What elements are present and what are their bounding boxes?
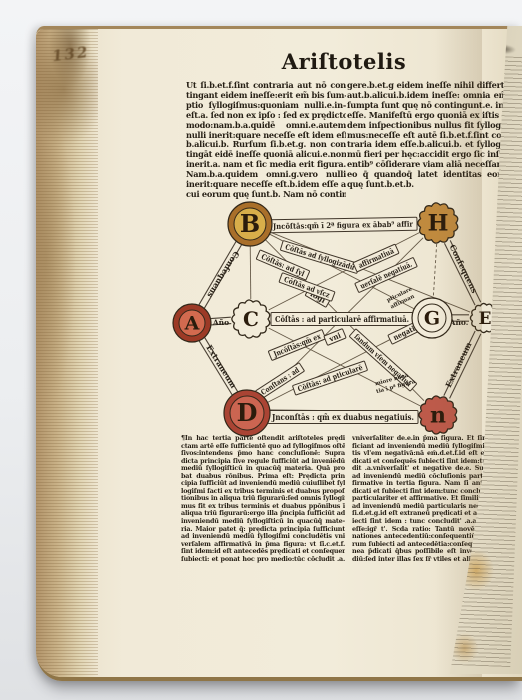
- photograph-background: 132 Ariſtotelis Ut ſi.b.et.f.ſint contra…: [0, 0, 522, 700]
- text-line: mū fieri per hęc:accidit ergo ſic inſpic…: [347, 150, 507, 160]
- svg-text:affirmatiuā: affirmatiuā: [357, 246, 396, 270]
- node-letter-C: C: [243, 307, 259, 331]
- text-line: Ut ſi.b.et.f.ſint contraria aut nō con: [186, 81, 346, 91]
- text-line: ctam artē eſſe ſufficientē quo ad ſyllog…: [181, 443, 345, 451]
- text-line: ſubiecti: et ponat hoc pro medio:tūc cōc…: [181, 556, 345, 564]
- running-title: Ariſtotelis: [274, 49, 414, 74]
- text-line: traria idem eſſe.b.alicui.b. et ſyllogiſ: [347, 140, 507, 150]
- text-line: bat duabus rōnibus. Prima eſt: Prędicta …: [181, 473, 345, 481]
- text-line: aut.b.alicui.b.idem ineſſe: omnia em̃: [347, 91, 507, 101]
- label-band: Jncōſtās:qm̃ ex: [268, 330, 326, 361]
- text-line: tingāt eidē ineſſe quoniā alicui.e.non: [186, 150, 346, 160]
- text-line: verſalem affirmativā in p̄ma figura: vt …: [181, 541, 345, 549]
- text-line: b.alicui.b. Rurſum ſi.b.et.g. non con: [186, 140, 346, 150]
- text-line: ria. Maior patet q̄: prędicta principia …: [181, 526, 345, 534]
- text-line: gere.b.et.g eidem ineſſe nihil differt:: [347, 81, 507, 91]
- bottom-left-text-column: ¶In hac tertia parte oſtendit ariſtotele…: [181, 435, 345, 563]
- text-line: ¶In hac tertia parte oſtendit ariſtotele…: [181, 435, 345, 443]
- text-line: quę ſunt.b.et.b.: [347, 180, 507, 190]
- connector-line: [250, 244, 251, 299]
- node-letter-D: D: [237, 398, 258, 427]
- label-band: Jnconſtās : qm̃ ex duabus negatiuis.: [268, 411, 418, 424]
- text-line: cipia ſufficiūt ad inveniendū mediū cuiu…: [181, 480, 345, 488]
- label-band: Cōſtās : ad particularē affirmatiuā.: [271, 313, 413, 326]
- text-line: dem inſpectionibus nullus fit ſyllogiſ: [347, 121, 507, 131]
- text-line: ſivos:intendens p̄mo hanc concluſionē: S…: [181, 450, 345, 458]
- text-line: mus:neceſſe eſt autē ſi.b.et.f.ſint con: [347, 131, 507, 141]
- open-book-page: 132 Ariſtotelis Ut ſi.b.et.f.ſint contra…: [36, 26, 522, 681]
- node-letter-B: B: [240, 209, 260, 238]
- node-C: C: [232, 300, 270, 338]
- text-line: eo q̄ quandoq̄ latet identitas eorū: [347, 170, 507, 180]
- svg-text:Cōſtās: ad pticularē: Cōſtās: ad pticularē: [296, 363, 363, 394]
- node-letter-A: A: [184, 312, 200, 334]
- text-line: modo:nam.b.a.quidē omni.e.autem: [186, 121, 346, 131]
- text-line: inerit.a. nam et ſic media erit figura.: [186, 160, 346, 170]
- text-line: ſint idem:id eſt antecedēs prędicati et …: [181, 548, 345, 556]
- node-A: A: [173, 304, 211, 342]
- text-line: ptio ſyllogiſmus:quoniam nulli.e.in-: [186, 101, 346, 111]
- text-line: inerit:quare neceſſe eſt.b.idem eſſe ali: [186, 180, 346, 190]
- node-B: B: [228, 202, 272, 246]
- top-right-text-column: gere.b.et.g eidem ineſſe nihil differt:a…: [347, 81, 507, 190]
- text-line: eſſe. Manifeſtū ergo quoniā ex iſtis q̄: [347, 111, 507, 121]
- text-line: inveniendū mediū ſyllogiſticū in quacūq̄…: [181, 518, 345, 526]
- text-line: eſt.a. ſed non ex ipſo : ſed ex prędicto: [186, 111, 346, 121]
- text-line: dicta principia ſive regule ſufficiūt ad…: [181, 458, 345, 466]
- edge-label: Año: [212, 318, 229, 327]
- node-D: D: [224, 390, 270, 436]
- text-line: ad inveniendū mediū ſyllogiſmi concludēt…: [181, 533, 345, 541]
- text-line: mus fit ex tribus terminis et duabus ppō…: [181, 503, 345, 511]
- label-band: vni: [324, 329, 346, 346]
- label-band: Cōſtās: ad pticularē: [292, 361, 367, 395]
- text-line: logiſmi facti ex tribus terminis et duab…: [181, 488, 345, 496]
- book-fore-edge: [36, 29, 98, 677]
- text-line: tionibus in aliqua triū figurarū:ſed omn…: [181, 495, 345, 503]
- text-line: nulli inerit:quare neceſſe eſt idem eſſe: [186, 131, 346, 141]
- top-left-text-column: Ut ſi.b.et.f.ſint contraria aut nō conti…: [186, 81, 346, 200]
- text-line: aliqua triū figurarū:ergo illa p̄ncipia …: [181, 510, 345, 518]
- edge-label: Conſequens: [205, 250, 242, 301]
- edge-label: Extraneum: [204, 343, 239, 390]
- text-line: Nam.b.a.quidem omni.g.vero nulli: [186, 170, 346, 180]
- svg-text:Cōſtās : ad particularē affirm: Cōſtās : ad particularē affirmatiuā.: [275, 314, 409, 324]
- text-line: entib⁹ cōſiderare viam aliā neceſſariā: [347, 160, 507, 170]
- svg-text:Jnconſtās : qm̃ ex duabus nega: Jnconſtās : qm̃ ex duabus negatiuis.: [271, 412, 414, 422]
- label-band: Jncōſtās:qm̃ ī 2ª figura ex ābab⁹ affir: [269, 217, 417, 233]
- text-line: mediū ſyllogiſticū in quacūq̄ materia. Q…: [181, 465, 345, 473]
- text-line: ſumpta ſunt quę nō contingunt.e. in-: [347, 101, 507, 111]
- text-line: tingant eidem ineſſe:erit em̃ bis ſum-: [186, 91, 346, 101]
